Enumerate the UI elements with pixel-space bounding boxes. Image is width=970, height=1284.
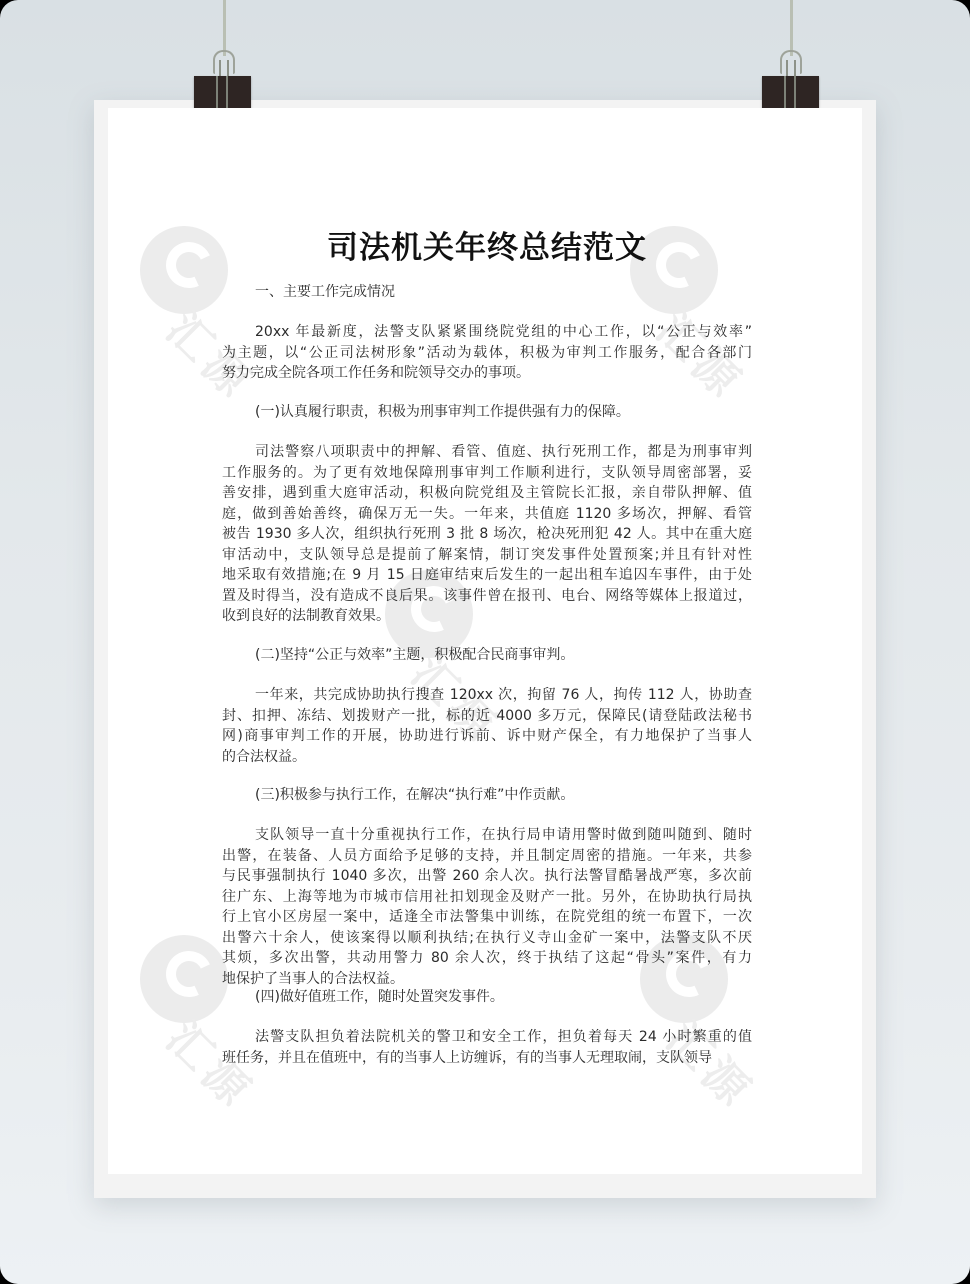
paragraph-line: 出警六十余人，使该案得以顺利执结;在执行义寺山金矿一案中，法警支队不厌: [222, 928, 752, 949]
paragraph-line: 20xx 年最新度，法警支队紧紧围绕院党组的中心工作，以“公正与效率”: [222, 322, 752, 343]
paragraph-line: 与民事强制执行 1040 多次，出警 260 余人次。执行法警冒酷暑战严寒，多次…: [222, 866, 752, 887]
paragraph-line: 法警支队担负着法院机关的警卫和安全工作，担负着每天 24 小时繁重的值: [222, 1027, 752, 1048]
paragraph-line: 司法警察八项职责中的押解、看管、值庭、执行死刑工作，都是为刑事审判: [222, 442, 752, 463]
paragraph-line: 地保护了当事人的合法权益。: [222, 969, 752, 990]
paragraph-line: 地采取有效措施;在 9 月 15 日庭审结束后发生的一起出租车追囚车事件，由于处: [222, 565, 752, 586]
watermark-logo-icon: 汇源: [140, 226, 232, 386]
paragraph-line: 庭，做到善始善终，确保万无一失。一年来，共值庭 1120 多场次，押解、看管: [222, 504, 752, 525]
binder-clip-handle-left: [213, 50, 235, 74]
hanging-wire-left: [223, 0, 226, 56]
document-title: 司法机关年终总结范文: [222, 222, 752, 267]
section-heading: (三)积极参与执行工作，在解决“执行难”中作贡献。: [222, 785, 752, 806]
section-heading: (四)做好值班工作，随时处置突发事件。: [222, 987, 752, 1008]
paragraph-line: 工作服务的。为了更有效地保障刑事审判工作顺利进行，支队领导周密部署，妥: [222, 463, 752, 484]
paragraph-line: 收到良好的法制教育效果。: [222, 606, 752, 627]
binder-clip-handle-right: [780, 50, 802, 74]
section-heading: (一)认真履行职责，积极为刑事审判工作提供强有力的保障。: [222, 402, 752, 423]
section-heading: 一、主要工作完成情况: [222, 282, 752, 303]
paragraph-line: 善安排，遇到重大庭审活动，积极向院党组及主管院长汇报，亲自带队押解、值: [222, 483, 752, 504]
paragraph-line: 一年来，共完成协助执行搜查 120xx 次，拘留 76 人，拘传 112 人，协…: [222, 685, 752, 706]
paragraph-line: 置及时得当，没有造成不良后果。该事件曾在报刊、电台、网络等媒体上报道过，: [222, 586, 752, 607]
paragraph-line: 的合法权益。: [222, 747, 752, 768]
paragraph-line: 网)商事审判工作的开展，协助进行诉前、诉中财产保全，有力地保护了当事人: [222, 726, 752, 747]
paragraph-line: 努力完成全院各项工作任务和院领导交办的事项。: [222, 363, 752, 384]
paragraph-line: 出警，在装备、人员方面给予足够的支持，并且制定周密的措施。一年来，共参: [222, 846, 752, 867]
section-heading: (二)坚持“公正与效率”主题，积极配合民商事审判。: [222, 645, 752, 666]
hanging-wire-right: [790, 0, 793, 56]
paragraph-line: 封、扣押、冻结、划拨财产一批，标的近 4000 多万元，保障民(请登陆政法秘书: [222, 706, 752, 727]
paragraph-line: 被告 1930 多人次，组织执行死刑 3 批 8 场次，枪决死刑犯 42 人。其…: [222, 524, 752, 545]
paragraph-line: 审活动中，支队领导总是提前了解案情，制订突发事件处置预案;并且有针对性: [222, 545, 752, 566]
paragraph-line: 往广东、上海等地为市城市信用社扣划现金及财产一批。另外，在协助执行局执: [222, 887, 752, 908]
paragraph-line: 支队领导一直十分重视执行工作，在执行局申请用警时做到随叫随到、随时: [222, 825, 752, 846]
paragraph-line: 为主题，以“公正司法树形象”活动为载体，积极为审判工作服务，配合各部门: [222, 343, 752, 364]
poster-mockup: 汇源 汇源 汇源 汇源 汇源 司法机关年终总结范文 一、主要工作完成情况20xx…: [0, 0, 970, 1284]
paragraph-line: 其烦，多次出警，共动用警力 80 余人次，终于执结了这起“骨头”案件，有力: [222, 948, 752, 969]
watermark-logo-icon: 汇源: [140, 935, 232, 1095]
document-page: 汇源 汇源 汇源 汇源 汇源 司法机关年终总结范文 一、主要工作完成情况20xx…: [108, 108, 862, 1174]
paragraph-line: 班任务，并且在值班中，有的当事人上访缠诉，有的当事人无理取闹，支队领导: [222, 1048, 752, 1069]
binder-clip-right-icon: [762, 76, 819, 108]
paragraph-line: 行上官小区房屋一案中，适逢全市法警集中训练，在院党组的统一布置下，一次: [222, 907, 752, 928]
binder-clip-left-icon: [194, 76, 251, 108]
